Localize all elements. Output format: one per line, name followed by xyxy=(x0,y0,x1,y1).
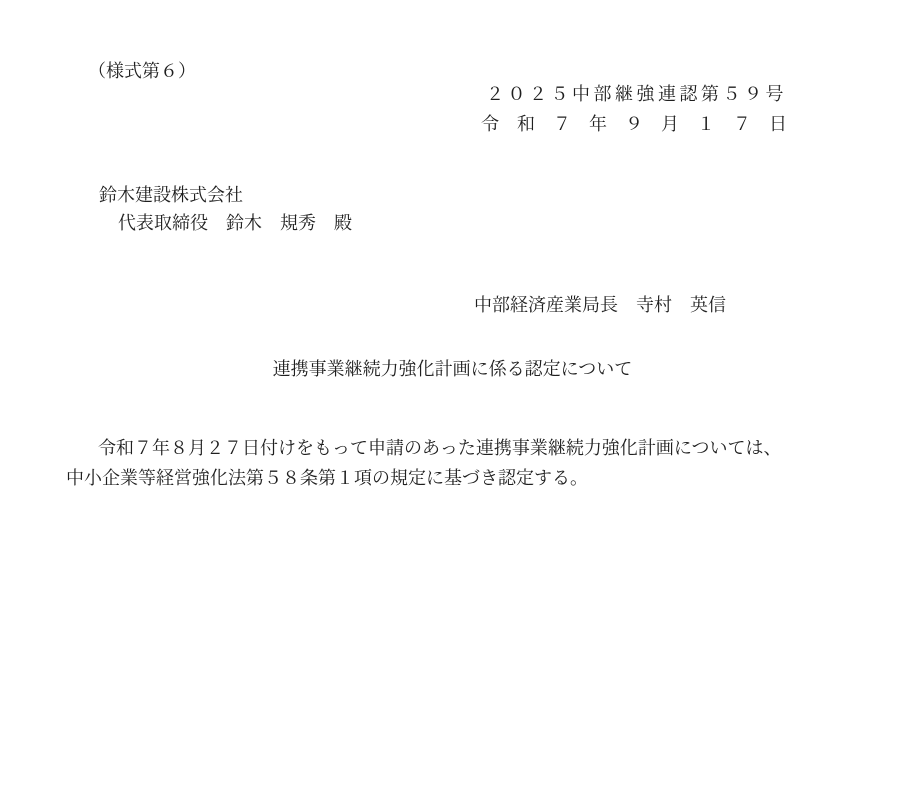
issue-date: 令 和 ７ 年 ９ 月 １ ７ 日 xyxy=(481,115,787,135)
issuer-name: 中部経済産業局長 寺村 英信 xyxy=(474,296,726,316)
body-line-2: 中小企業等経営強化法第５８条第１項の規定に基づき認定する。 xyxy=(66,464,800,494)
document-page: （様式第６） ２０２５中部継強連認第５９号 令 和 ７ 年 ９ 月 １ ７ 日 … xyxy=(0,0,905,787)
form-number-label: （様式第６） xyxy=(88,62,196,82)
body-paragraph: 令和７年８月２７日付けをもって申請のあった連携事業継続力強化計画については、 中… xyxy=(66,434,800,494)
recipient-company-name: 鈴木建設株式会社 xyxy=(99,186,243,206)
recipient-representative-name: 代表取締役 鈴木 規秀 殿 xyxy=(118,214,352,234)
body-line-1: 令和７年８月２７日付けをもって申請のあった連携事業継続力強化計画については、 xyxy=(66,434,800,464)
document-title: 連携事業継続力強化計画に係る認定について xyxy=(0,360,905,380)
document-reference-number: ２０２５中部継強連認第５９号 xyxy=(486,85,787,105)
